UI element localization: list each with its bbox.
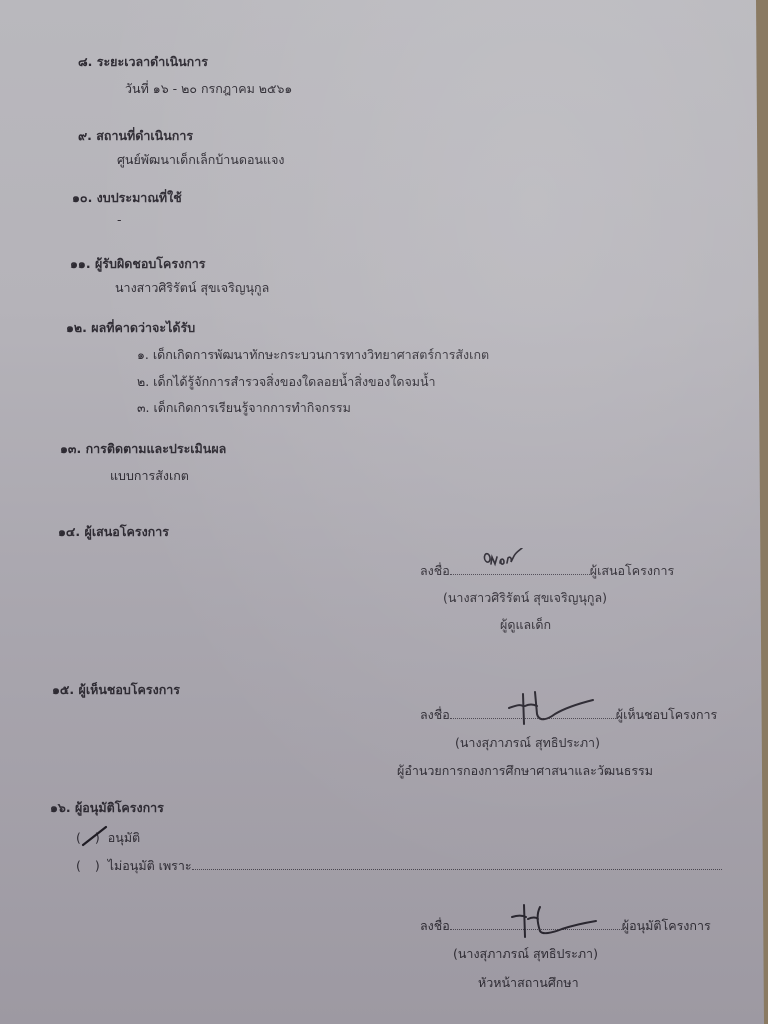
- section-12-heading: ๑๒. ผลที่คาดว่าจะได้รับ: [66, 320, 195, 336]
- approver-position: หัวหน้าสถานศึกษา: [478, 975, 579, 991]
- endorser-position: ผู้อำนวยการกองการศึกษาศาสนาและวัฒนธรรม: [397, 763, 653, 779]
- section-13-heading: ๑๓. การติดตามและประเมินผล: [60, 441, 226, 457]
- section-15-heading: ๑๕. ผู้เห็นชอบโครงการ: [52, 682, 180, 698]
- section-16-heading: ๑๖. ผู้อนุมัติโครงการ: [50, 800, 164, 816]
- section-8-value: วันที่ ๑๖ - ๒๐ กรกฎาคม ๒๕๖๑: [125, 81, 292, 97]
- section-9-value: ศูนย์พัฒนาเด็กเล็กบ้านดอนแจง: [117, 152, 285, 168]
- checkbox-open-paren: (: [76, 858, 81, 873]
- proposer-signature-line: ลงชื่อผู้เสนอโครงการ: [420, 563, 674, 579]
- expected-result-item: ๑. เด็กเกิดการพัฒนาทักษะกระบวนการทางวิทย…: [137, 347, 489, 363]
- endorser-role-suffix: ผู้เห็นชอบโครงการ: [616, 707, 718, 722]
- proposer-position: ผู้ดูแลเด็ก: [500, 617, 551, 633]
- expected-result-item: ๓. เด็กเกิดการเรียนรู้จากการทำกิจกรรม: [137, 400, 351, 416]
- approver-signature: [508, 903, 608, 939]
- section-13-value: แบบการสังเกต: [110, 468, 189, 484]
- endorser-name: (นางสุภาภรณ์ สุทธิประภา): [455, 735, 600, 751]
- section-11-value: นางสาวศิริรัตน์ สุขเจริญนุกูล: [115, 280, 269, 296]
- section-11-heading: ๑๑. ผู้รับผิดชอบโครงการ: [70, 256, 206, 272]
- proposer-signature: [482, 548, 538, 572]
- approve-label: อนุมัติ: [108, 830, 140, 845]
- section-9-heading: ๙. สถานที่ดำเนินการ: [78, 128, 193, 144]
- sign-label: ลงชื่อ: [420, 563, 450, 578]
- section-10-value: -: [117, 212, 122, 228]
- reason-dotted-line: [192, 858, 722, 870]
- reject-label: ไม่อนุมัติ เพราะ: [108, 858, 192, 873]
- proposer-role-suffix: ผู้เสนอโครงการ: [590, 563, 674, 578]
- section-8-heading: ๘. ระยะเวลาดำเนินการ: [78, 54, 208, 70]
- sign-label: ลงชื่อ: [420, 707, 450, 722]
- section-10-heading: ๑๐. งบประมาณที่ใช้: [72, 190, 182, 206]
- approver-role-suffix: ผู้อนุมัติโครงการ: [622, 918, 711, 933]
- sign-label: ลงชื่อ: [420, 918, 450, 933]
- proposer-name: (นางสาวศิริรัตน์ สุขเจริญนุกูล): [443, 590, 607, 606]
- expected-result-item: ๒. เด็กได้รู้จักการสำรวจสิ่งของใดลอยน้ำส…: [137, 374, 436, 390]
- check-mark-icon: [80, 824, 110, 848]
- endorser-signature: [505, 690, 605, 726]
- checkbox-close-paren: ): [95, 858, 100, 873]
- approver-name: (นางสุภาภรณ์ สุทธิประภา): [453, 946, 598, 962]
- reject-option: () ไม่อนุมัติ เพราะ: [76, 858, 722, 874]
- section-14-heading: ๑๔. ผู้เสนอโครงการ: [58, 524, 169, 540]
- document-page: ๘. ระยะเวลาดำเนินการ วันที่ ๑๖ - ๒๐ กรกฎ…: [0, 0, 764, 1024]
